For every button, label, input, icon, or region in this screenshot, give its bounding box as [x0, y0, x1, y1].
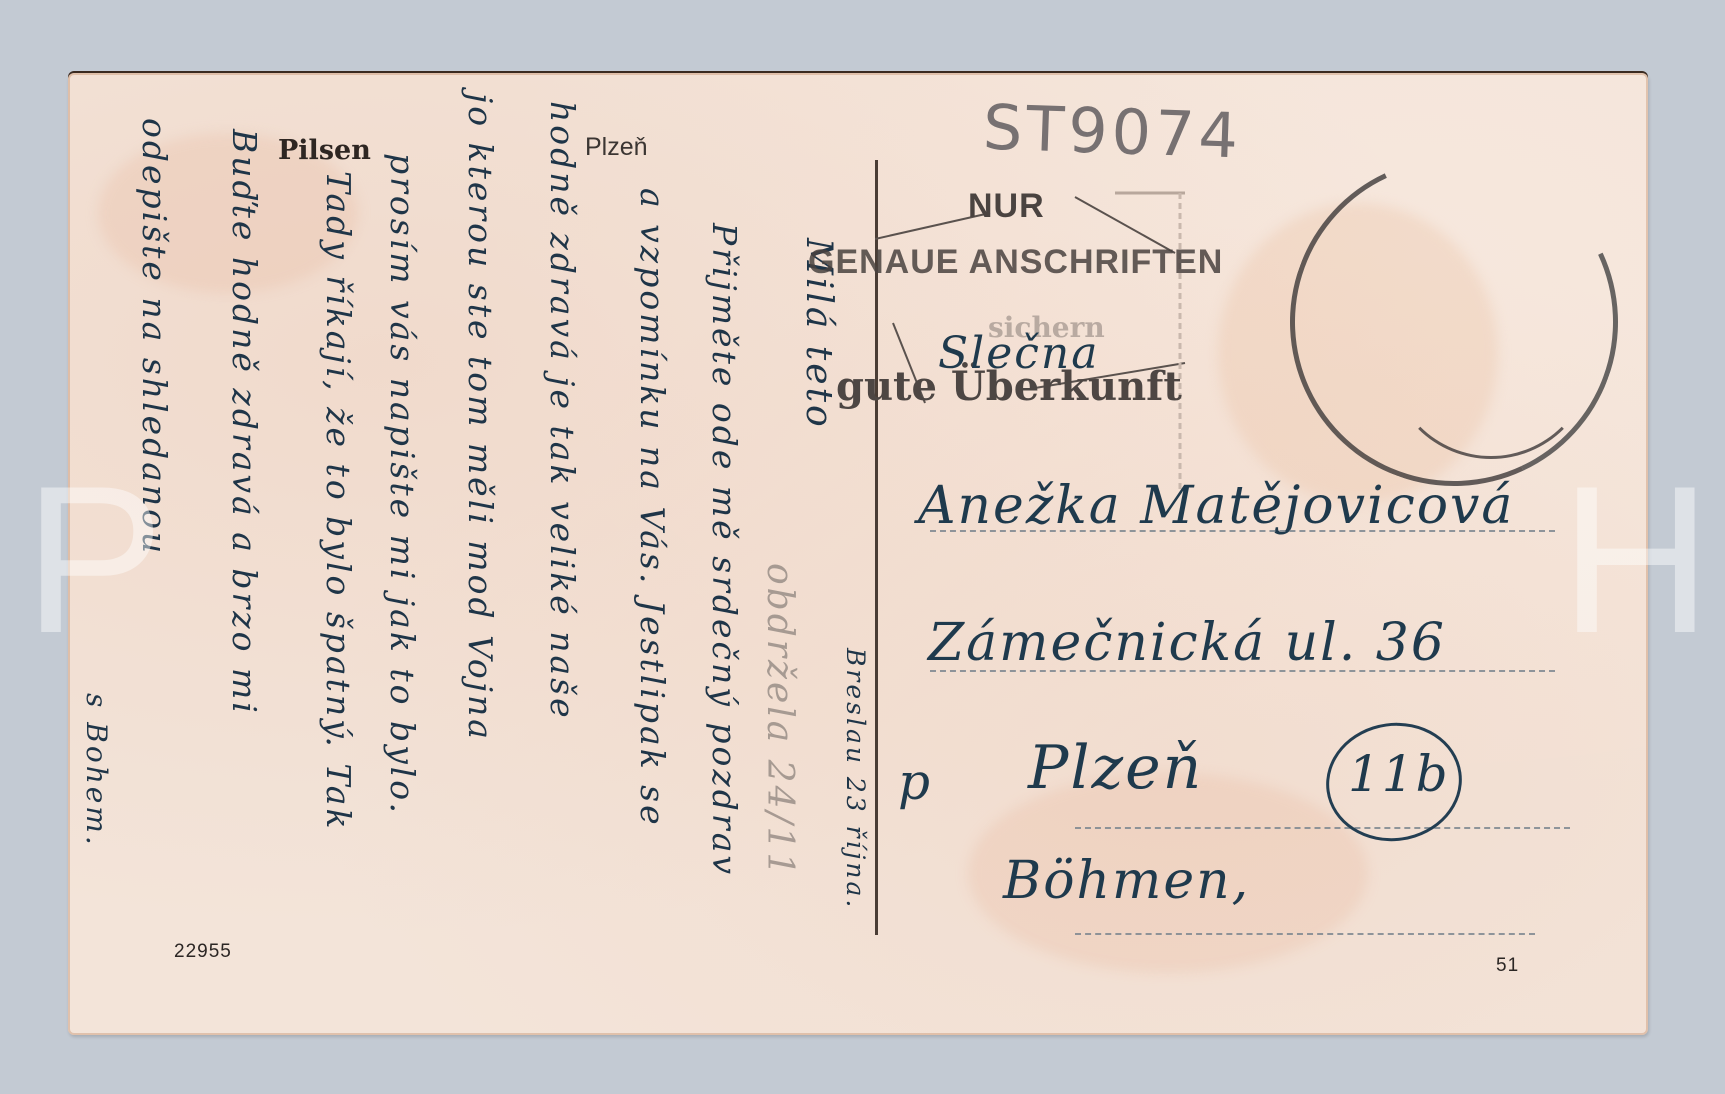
postmark-inner-arc — [1388, 253, 1594, 459]
message-line-4: jo kterou ste tom měli mod Vojna — [464, 93, 497, 742]
watermark-letter-left: P — [24, 455, 164, 665]
address-street: Zámečnická ul. 36 — [928, 613, 1446, 673]
postcard: Pilsen Plzeň 22955 51 Přijměte ode mě sr… — [68, 73, 1648, 1035]
printed-title-czech: Plzeň — [585, 133, 648, 162]
message-line-5: prosím vás napište mi jak to bylo. — [386, 153, 419, 816]
corner-number: 51 — [1496, 955, 1519, 977]
received-note: obdržela 24/11 — [761, 563, 797, 878]
address-post-prefix: p — [898, 753, 932, 811]
message-signoff: s Bohem. — [82, 693, 110, 848]
watermark-letter-right: H — [1560, 455, 1712, 665]
publisher-number: 22955 — [174, 941, 232, 963]
address-line-4 — [1075, 933, 1535, 935]
message-line-1: Přijměte ode mě srdečný pozdrav — [708, 223, 741, 877]
address-country: Böhmen, — [1003, 851, 1250, 911]
address-salutation: Slečna — [938, 328, 1099, 379]
printed-title-german: Pilsen — [278, 135, 371, 166]
message-line-7: Buďte hodně zdravá a brzo mi — [228, 129, 261, 716]
date-line: Breslau 23 října. — [843, 648, 868, 910]
message-line-6: Tady říkají, že to bylo špatný. Tak — [322, 171, 355, 831]
address-district: 11b — [1348, 745, 1450, 803]
message-line-3: hodně zdravá je tak veliké naše — [546, 101, 579, 721]
address-line-3 — [1075, 827, 1570, 829]
address-line-2 — [930, 670, 1555, 672]
pencil-inventory-note: ST9074 — [982, 91, 1243, 173]
cancel-text-nur: NUR — [968, 187, 1045, 226]
address-name: Anežka Matějovicová — [918, 476, 1514, 536]
address-city: Plzeň — [1028, 733, 1203, 803]
message-line-2: a vzpomínku na Vás. Jestlipak se — [636, 188, 669, 828]
cancel-text-anschriften: GENAUE ANSCHRIFTEN — [808, 243, 1223, 282]
address-line-1 — [930, 530, 1555, 532]
